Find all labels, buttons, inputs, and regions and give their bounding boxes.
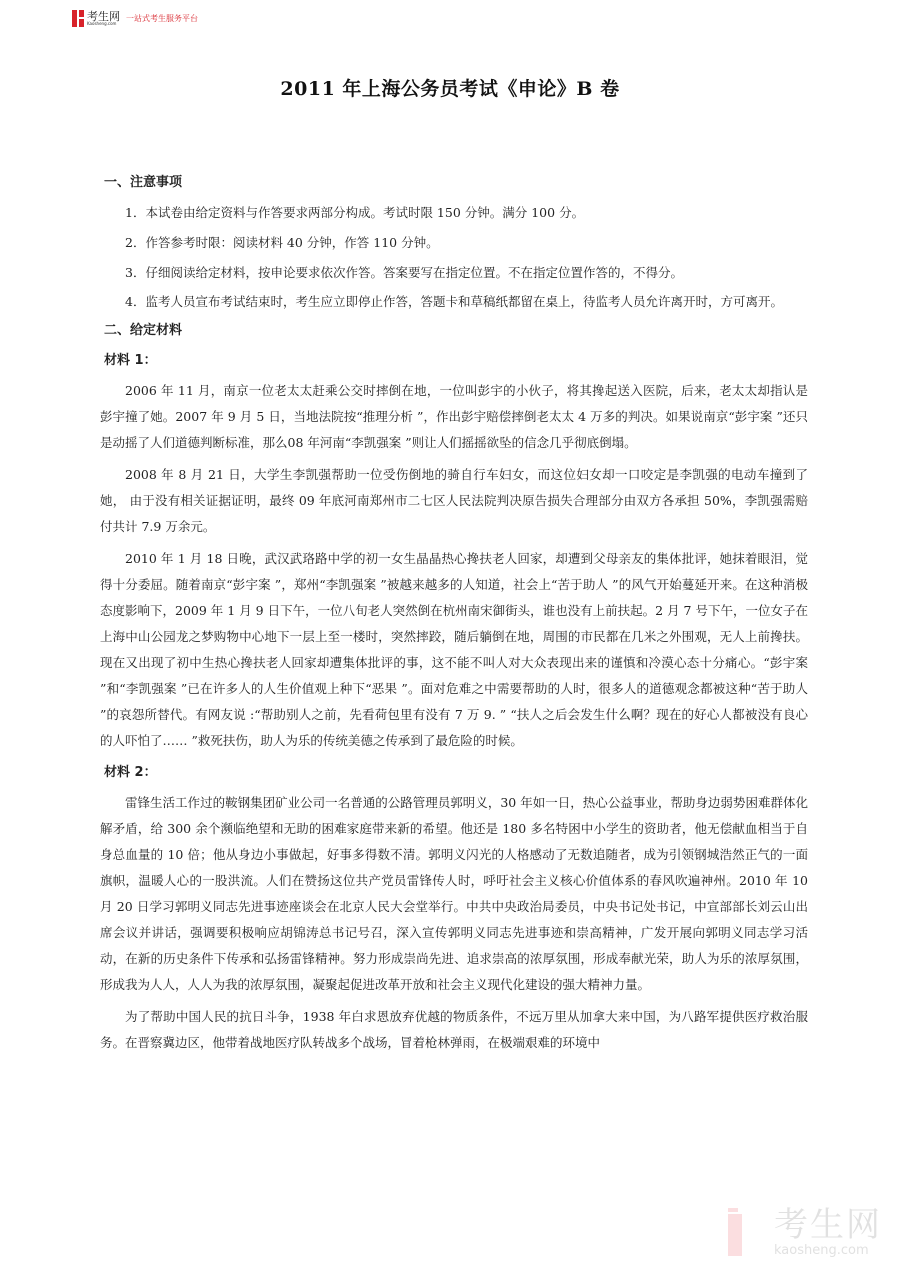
- logo-domain: Kaosheng.com: [87, 22, 120, 26]
- material-1-label: 材料 1：: [104, 348, 808, 374]
- watermark-name: 考生网: [774, 1208, 882, 1242]
- site-header-logo[interactable]: 考生网 Kaosheng.com 一站式考生服务平台: [72, 8, 198, 28]
- notice-item: 4．监考人员宣布考试结束时，考生应立即停止作答，答题卡和草稿纸都留在桌上，待监考…: [100, 290, 808, 314]
- document-title: 2011 年上海公务员考试《申论》B 卷: [0, 74, 900, 101]
- watermark-logo-icon: [728, 1208, 768, 1256]
- watermark-domain: kaosheng.com: [774, 1244, 882, 1257]
- material-2-paragraph: 雷锋生活工作过的鞍钢集团矿业公司一名普通的公路管理员郭明义，30 年如一日，热心…: [100, 790, 808, 998]
- watermark-text: 考生网 kaosheng.com: [774, 1208, 882, 1257]
- material-1-paragraph: 2006 年 11 月，南京一位老太太赶乘公交时摔倒在地，一位叫彭宇的小伙子，将…: [100, 378, 808, 456]
- notice-item: 2．作答参考时限：阅读材料 40 分钟，作答 110 分钟。: [100, 230, 808, 256]
- material-2-paragraph: 为了帮助中国人民的抗日斗争，1938 年白求恩放弃优越的物质条件，不远万里从加拿…: [100, 1004, 808, 1056]
- watermark-logo: 考生网 kaosheng.com: [728, 1208, 882, 1257]
- section-heading-materials: 二、给定材料: [104, 318, 808, 344]
- site-slogan: 一站式考生服务平台: [126, 13, 198, 24]
- material-1-paragraph: 2010 年 1 月 18 日晚，武汉武珞路中学的初一女生晶晶热心搀扶老人回家，…: [100, 546, 808, 754]
- document-body: 一、注意事项 1．本试卷由给定资料与作答要求两部分构成。考试时限 150 分钟。…: [104, 170, 808, 1062]
- logo-text: 考生网 Kaosheng.com: [87, 11, 120, 26]
- logo-name: 考生网: [87, 11, 120, 22]
- notice-item: 3．仔细阅读给定材料，按申论要求依次作答。答案要写在指定位置。不在指定位置作答的…: [100, 260, 808, 286]
- material-1-paragraph: 2008 年 8 月 21 日，大学生李凯强帮助一位受伤倒地的骑自行车妇女，而这…: [100, 462, 808, 540]
- kaosheng-logo-icon: [72, 10, 84, 27]
- section-heading-notes: 一、注意事项: [104, 170, 808, 196]
- material-2-label: 材料 2：: [104, 760, 808, 786]
- notice-item: 1．本试卷由给定资料与作答要求两部分构成。考试时限 150 分钟。满分 100 …: [100, 200, 808, 226]
